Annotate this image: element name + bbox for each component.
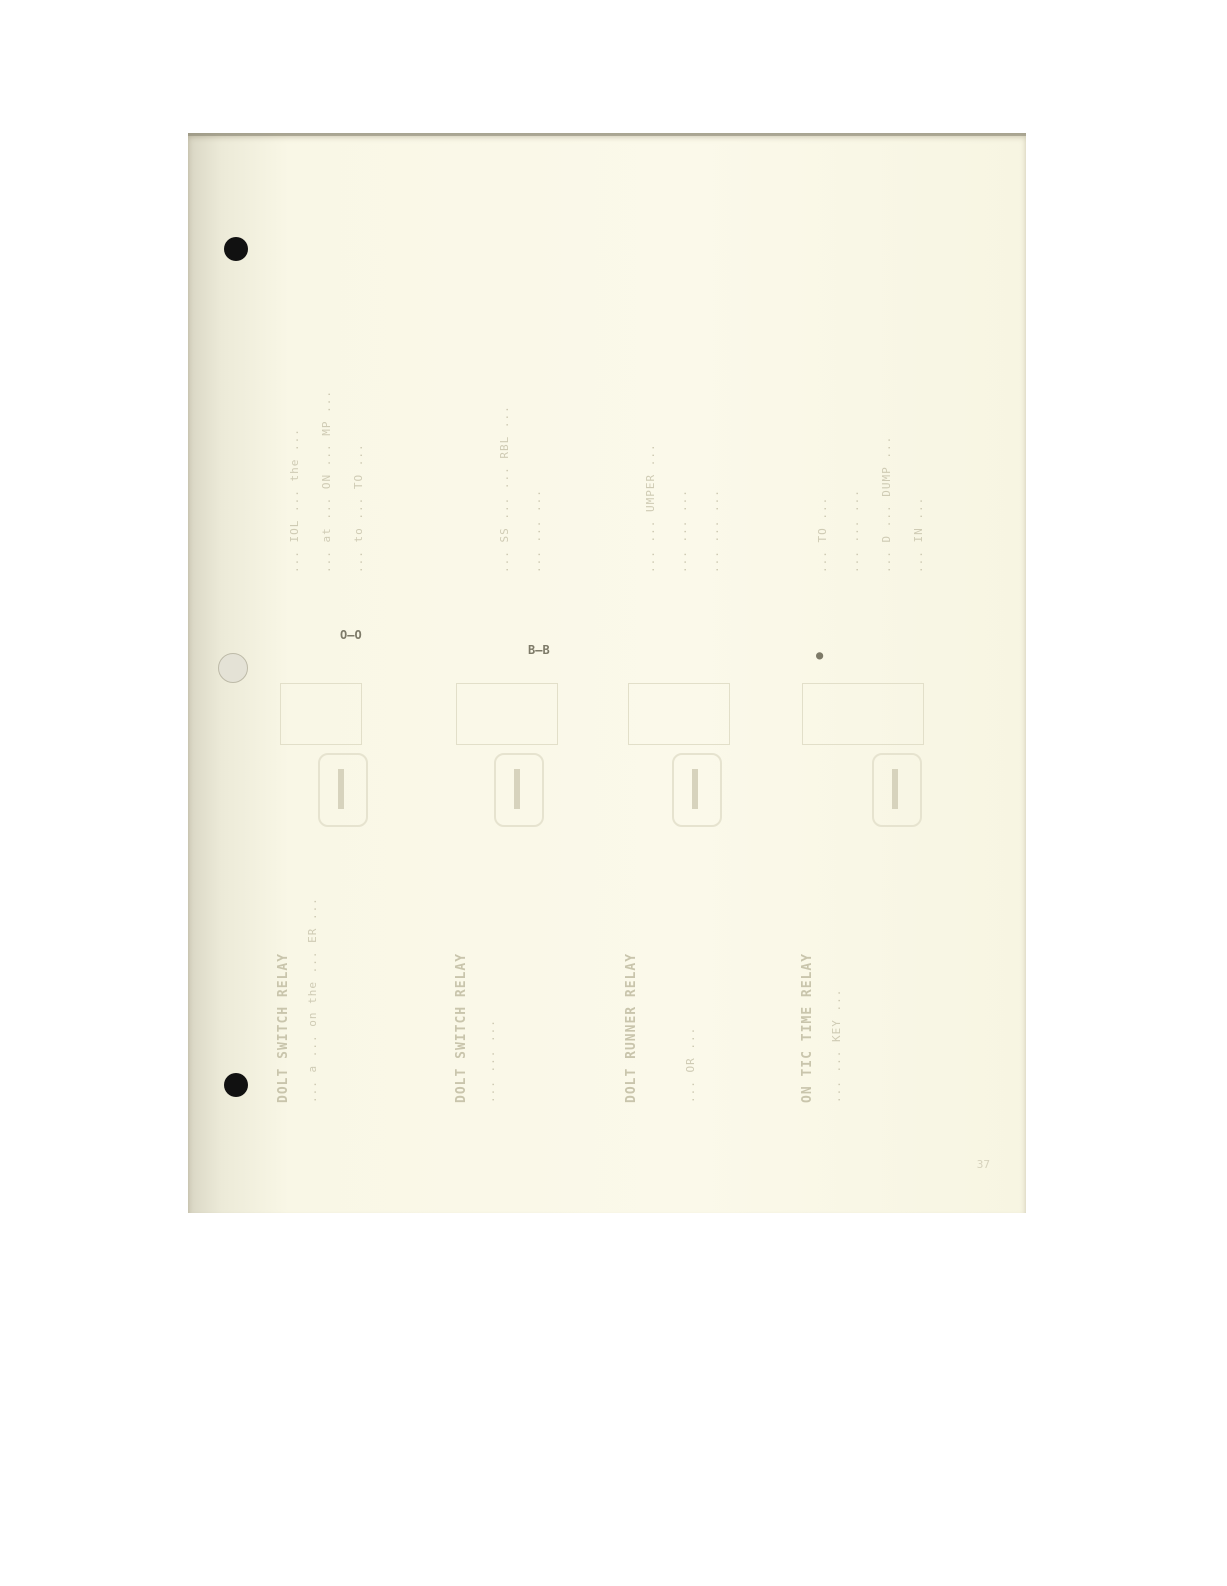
section-4-line: ... D ... DUMP ... [880, 436, 893, 573]
section-3-line: ... ... UMPER ... [644, 443, 657, 573]
section-4-line: ... IN ... [912, 497, 925, 573]
section-1-line: ... to ... TO ... [352, 443, 365, 573]
relay-coil-1 [318, 753, 368, 827]
relay-diagram-3 [628, 683, 730, 745]
section-1-intro: ... a ... on the ... ER ... [306, 897, 319, 1103]
section-3-title: DOLT RUNNER RELAY [624, 953, 639, 1103]
section-4-title: ON TIC TIME RELAY [800, 953, 815, 1103]
section-1-line: ... at ... ON ... MP ... [320, 390, 333, 573]
contact-symbol-2: B—B [528, 643, 550, 657]
section-2-line: ... SS ... ... RBL ... [498, 405, 511, 573]
section-2-title: DOLT SWITCH RELAY [454, 953, 469, 1103]
relay-coil-2 [494, 753, 544, 827]
section-3-line: ... ... ... [708, 489, 721, 573]
section-1-line: ... IOL ... the ... [288, 428, 301, 573]
section-4-line: ... ... ... [848, 489, 861, 573]
contact-symbol-4: ● [816, 648, 823, 662]
binder-hole-middle [218, 653, 248, 683]
section-4-intro: ... ... KEY ... [830, 989, 843, 1103]
scanned-page: DOLT SWITCH RELAY ... a ... on the ... E… [188, 133, 1026, 1213]
relay-diagram-2 [456, 683, 558, 745]
relay-coil-3 [672, 753, 722, 827]
section-2-intro: ... ... ... [484, 1019, 497, 1103]
section-3-intro: ... OR ... [684, 1027, 697, 1103]
binder-hole-top [224, 237, 248, 261]
relay-diagram-1 [280, 683, 362, 745]
relay-coil-4 [872, 753, 922, 827]
section-1-title: DOLT SWITCH RELAY [276, 953, 291, 1103]
binder-hole-bottom [224, 1073, 248, 1097]
section-3-line: ... ... ... [676, 489, 689, 573]
contact-symbol-1: O—O [340, 628, 362, 642]
page-number: 37 [977, 1158, 990, 1171]
section-4-line: ... TO ... [816, 497, 829, 573]
page-edge [188, 133, 1026, 136]
relay-diagram-4 [802, 683, 924, 745]
section-2-line: ... ... ... [530, 489, 543, 573]
